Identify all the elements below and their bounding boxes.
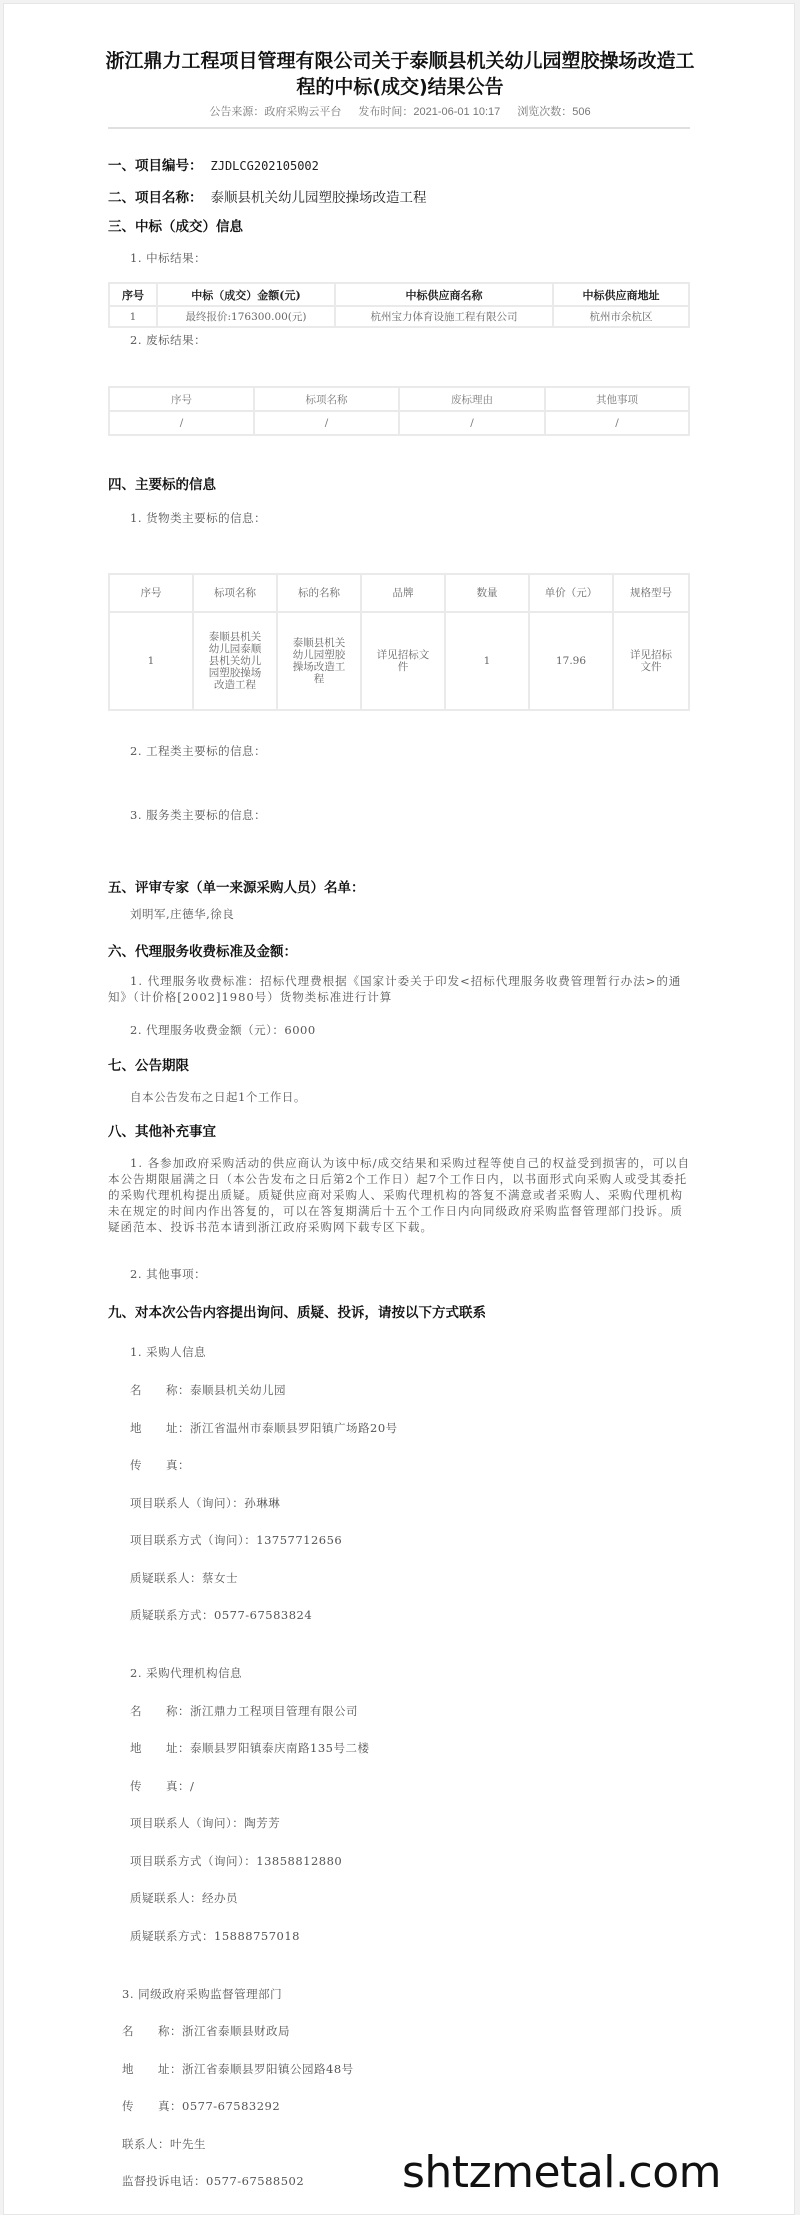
cell-supplier: 杭州宝力体育设施工程有限公司: [335, 306, 553, 327]
table-row: 1 最终报价:176300.00(元) 杭州宝力体育设施工程有限公司 杭州市余杭…: [109, 306, 689, 327]
sub-engineering-info: 2. 工程类主要标的信息：: [130, 743, 266, 759]
title-divider: [108, 127, 690, 129]
field-label: 项目联系人（询问）：: [130, 1816, 244, 1830]
section-supplementary: 八、其他补充事宜: [108, 1120, 216, 1140]
col-header: 序号: [109, 387, 254, 411]
col-header: 标的名称: [277, 574, 361, 612]
col-header: 标项名称: [193, 574, 277, 612]
purchaser-title: 1. 采购人信息: [130, 1344, 206, 1360]
agency-question-contact: 质疑联系人：经办员: [130, 1890, 238, 1906]
section-notice-period: 七、公告期限: [108, 1054, 189, 1074]
sub-goods-info: 1. 货物类主要标的信息：: [130, 510, 266, 526]
cell-lot-name: 泰顺县机关幼儿园泰顺县机关幼儿园塑胶操场改造工程: [193, 612, 277, 710]
section-contact: 九、对本次公告内容提出询问、质疑、投诉，请按以下方式联系: [108, 1301, 486, 1321]
purchaser-phone: 项目联系方式（询问）：13757712656: [130, 1532, 342, 1548]
sub-service-info: 3. 服务类主要标的信息：: [130, 807, 266, 823]
col-header: 中标供应商地址: [553, 283, 689, 306]
supplementary-item-1: 1. 各参加政府采购活动的供应商认为该中标/成交结果和采购过程等使自己的权益受到…: [108, 1155, 690, 1235]
col-header: 标项名称: [254, 387, 399, 411]
field-label: 传 真：: [130, 1458, 190, 1472]
field-label: 名 称：: [130, 1704, 190, 1718]
supervisor-phone: 监督投诉电话：0577-67588502: [122, 2173, 304, 2189]
sub-failed-result: 2. 废标结果：: [130, 332, 206, 348]
col-header: 序号: [109, 283, 157, 306]
field-label: 项目联系人（询问）：: [130, 1496, 244, 1510]
section-heading: 一、项目编号：: [108, 158, 203, 174]
field-label: 质疑联系人：: [130, 1891, 202, 1905]
agency-fax: 传 真：/: [130, 1778, 194, 1794]
cell: /: [545, 411, 689, 435]
purchaser-fax: 传 真：: [130, 1457, 190, 1473]
agency-question-phone: 质疑联系方式：15888757018: [130, 1928, 300, 1944]
supervisor-title: 3. 同级政府采购监督管理部门: [122, 1986, 282, 2002]
field-value: 0577-67583824: [214, 1608, 312, 1622]
project-number: ZJDLCG202105002: [211, 159, 319, 173]
field-label: 质疑联系方式：: [130, 1929, 214, 1943]
col-header: 中标（成交）金额(元): [157, 283, 335, 306]
field-value: 叶先生: [170, 2137, 206, 2151]
cell-unit-price: 17.96: [529, 612, 613, 710]
field-label: 联系人：: [122, 2137, 170, 2151]
purchaser-contact: 项目联系人（询问）：孙琳琳: [130, 1495, 280, 1511]
table-header-row: 序号 标项名称 标的名称 品牌 数量 单价（元） 规格型号: [109, 574, 689, 612]
field-value: 0577-67583292: [182, 2099, 280, 2113]
col-header: 品牌: [361, 574, 445, 612]
col-header: 规格型号: [613, 574, 689, 612]
purchaser-question-contact: 质疑联系人：蔡女士: [130, 1570, 238, 1586]
agency-phone: 项目联系方式（询问）：13858812880: [130, 1853, 342, 1869]
publish-time: 发布时间：2021-06-01 10:17: [358, 106, 500, 118]
field-value: 泰顺县机关幼儿园: [190, 1383, 286, 1397]
page-frame: [3, 3, 795, 2215]
section-project-number: 一、项目编号：ZJDLCG202105002: [108, 154, 319, 174]
cell-index: 1: [109, 612, 193, 710]
field-value: 泰顺县罗阳镇泰庆南路135号二楼: [190, 1741, 369, 1755]
notice-period-text: 自本公告发布之日起1个工作日。: [130, 1089, 306, 1105]
agency-name: 名 称：浙江鼎力工程项目管理有限公司: [130, 1703, 358, 1719]
cell-index: 1: [109, 306, 157, 327]
section-agency-fee: 六、代理服务收费标准及金额：: [108, 940, 297, 960]
award-table: 序号 中标（成交）金额(元) 中标供应商名称 中标供应商地址 1 最终报价:17…: [108, 282, 690, 328]
site-watermark: shtzmetal.com: [402, 2148, 721, 2198]
expert-names: 刘明军,庄德华,徐良: [130, 906, 234, 922]
field-value: 孙琳琳: [244, 1496, 280, 1510]
supplementary-item-2: 2. 其他事项：: [130, 1266, 206, 1282]
field-value: 浙江鼎力工程项目管理有限公司: [190, 1704, 358, 1718]
cell-address: 杭州市余杭区: [553, 306, 689, 327]
purchaser-name: 名 称：泰顺县机关幼儿园: [130, 1382, 286, 1398]
field-label: 传 真：: [130, 1779, 190, 1793]
field-label: 名 称：: [122, 2024, 182, 2038]
field-value: 0577-67588502: [206, 2174, 304, 2188]
view-count: 浏览次数：506: [517, 106, 590, 118]
supervisor-address: 地 址：浙江省泰顺县罗阳镇公园路48号: [122, 2061, 354, 2077]
field-label: 项目联系方式（询问）：: [130, 1854, 256, 1868]
section-experts: 五、评审专家（单一来源采购人员）名单：: [108, 876, 365, 896]
supervisor-fax: 传 真：0577-67583292: [122, 2098, 280, 2114]
supervisor-contact: 联系人：叶先生: [122, 2136, 206, 2152]
meta-line: 公告来源：政府采购云平台 发布时间：2021-06-01 10:17 浏览次数：…: [100, 103, 700, 119]
cell-amount: 最终报价:176300.00(元): [157, 306, 335, 327]
fee-amount: 2. 代理服务收费金额（元）：6000: [130, 1022, 316, 1038]
page-title: 浙江鼎力工程项目管理有限公司关于泰顺县机关幼儿园塑胶操场改造工程的中标(成交)结…: [100, 48, 700, 100]
field-value: 15888757018: [214, 1929, 300, 1943]
section-heading: 二、项目名称：: [108, 190, 203, 206]
agency-address: 地 址：泰顺县罗阳镇泰庆南路135号二楼: [130, 1740, 369, 1756]
agency-title: 2. 采购代理机构信息: [130, 1665, 242, 1681]
section-project-name: 二、项目名称：泰顺县机关幼儿园塑胶操场改造工程: [108, 186, 427, 206]
col-header: 废标理由: [399, 387, 545, 411]
field-label: 地 址：: [130, 1421, 190, 1435]
section-award-info: 三、中标（成交）信息: [108, 215, 243, 235]
cell: /: [109, 411, 254, 435]
field-value: 经办员: [202, 1891, 238, 1905]
cell: /: [399, 411, 545, 435]
field-label: 名 称：: [130, 1383, 190, 1397]
purchaser-question-phone: 质疑联系方式：0577-67583824: [130, 1607, 312, 1623]
col-header: 中标供应商名称: [335, 283, 553, 306]
sub-award-result: 1. 中标结果：: [130, 250, 206, 266]
field-value: /: [190, 1779, 194, 1793]
fee-standard: 1. 代理服务收费标准：招标代理费根据《国家计委关于印发<招标代理服务收费管理暂…: [108, 973, 690, 1005]
field-label: 质疑联系人：: [130, 1571, 202, 1585]
table-row: / / / /: [109, 411, 689, 435]
col-header: 其他事项: [545, 387, 689, 411]
col-header: 数量: [445, 574, 529, 612]
cell-quantity: 1: [445, 612, 529, 710]
field-label: 监督投诉电话：: [122, 2174, 206, 2188]
table-header-row: 序号 标项名称 废标理由 其他事项: [109, 387, 689, 411]
col-header: 单价（元）: [529, 574, 613, 612]
field-value: 13858812880: [256, 1854, 342, 1868]
cell: /: [254, 411, 399, 435]
col-header: 序号: [109, 574, 193, 612]
purchaser-address: 地 址：浙江省温州市泰顺县罗阳镇广场路20号: [130, 1420, 398, 1436]
section-main-subject: 四、主要标的信息: [108, 473, 216, 493]
cell-brand: 详见招标文件: [361, 612, 445, 710]
table-row: 1 泰顺县机关幼儿园泰顺县机关幼儿园塑胶操场改造工程 泰顺县机关幼儿园塑胶操场改…: [109, 612, 689, 710]
field-value: 浙江省泰顺县罗阳镇公园路48号: [182, 2062, 354, 2076]
field-value: 陶芳芳: [244, 1816, 280, 1830]
agency-contact: 项目联系人（询问）：陶芳芳: [130, 1815, 280, 1831]
field-value: 浙江省温州市泰顺县罗阳镇广场路20号: [190, 1421, 398, 1435]
failed-bid-table: 序号 标项名称 废标理由 其他事项 / / / /: [108, 386, 690, 436]
table-header-row: 序号 中标（成交）金额(元) 中标供应商名称 中标供应商地址: [109, 283, 689, 306]
field-value: 蔡女士: [202, 1571, 238, 1585]
field-label: 地 址：: [130, 1741, 190, 1755]
field-label: 传 真：: [122, 2099, 182, 2113]
field-label: 地 址：: [122, 2062, 182, 2076]
source-label: 公告来源：政府采购云平台: [209, 106, 341, 118]
field-value: 浙江省泰顺县财政局: [182, 2024, 290, 2038]
field-value: 13757712656: [256, 1533, 342, 1547]
cell-subject-name: 泰顺县机关幼儿园塑胶操场改造工程: [277, 612, 361, 710]
goods-table: 序号 标项名称 标的名称 品牌 数量 单价（元） 规格型号 1 泰顺县机关幼儿园…: [108, 573, 690, 711]
field-label: 项目联系方式（询问）：: [130, 1533, 256, 1547]
field-label: 质疑联系方式：: [130, 1608, 214, 1622]
project-name: 泰顺县机关幼儿园塑胶操场改造工程: [211, 190, 427, 206]
supervisor-name: 名 称：浙江省泰顺县财政局: [122, 2023, 290, 2039]
cell-spec: 详见招标文件: [613, 612, 689, 710]
